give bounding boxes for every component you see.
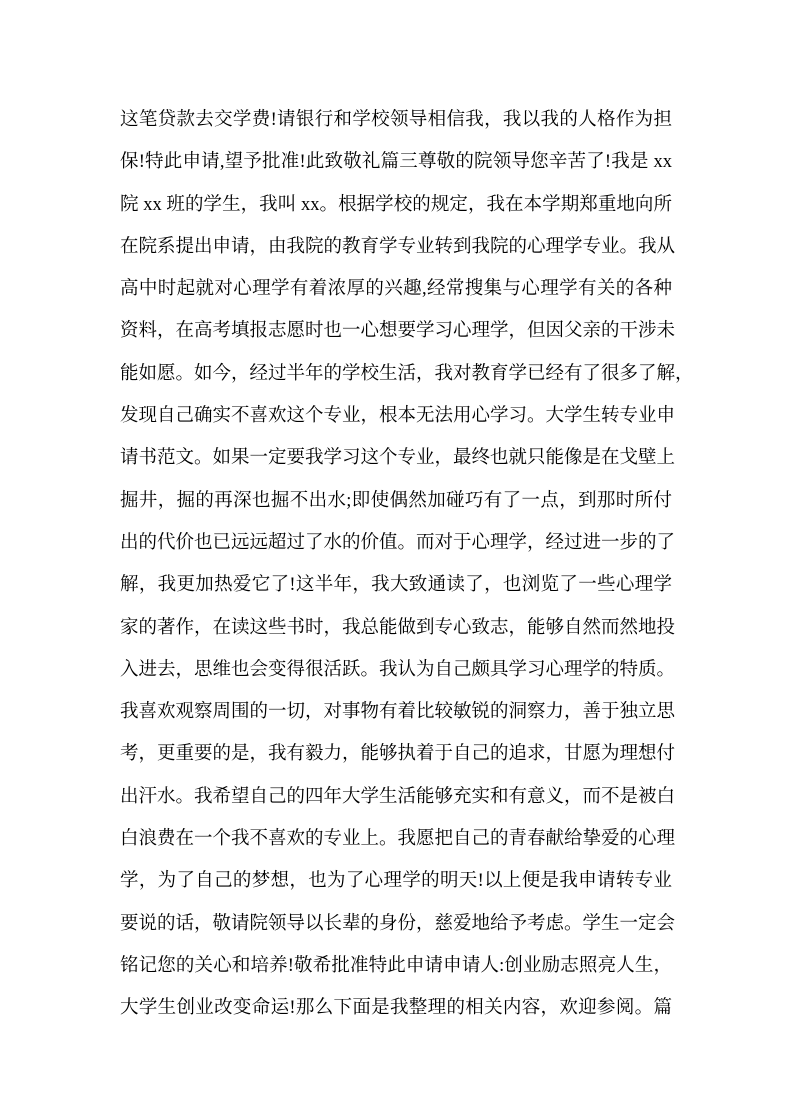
text-line: 掘井，掘的再深也掘不出水;即使偶然加碰巧有了一点，到那时所付 [120,480,672,522]
document-page: 这笔贷款去交学费!请银行和学校领导相信我，我以我的人格作为担保!特此申请,望予批… [0,0,792,1120]
document-text-block: 这笔贷款去交学费!请银行和学校领导相信我，我以我的人格作为担保!特此申请,望予批… [120,99,672,1030]
text-line: 请书范文。如果一定要我学习这个专业，最终也就只能像是在戈壁上 [120,437,672,479]
text-line: 能如愿。如今，经过半年的学校生活，我对教育学已经有了很多了解， [120,353,672,395]
text-line: 铭记您的关心和培养!敬希批准特此申请申请人:创业励志照亮人生， [120,945,672,987]
text-line: 解，我更加热爱它了!这半年，我大致通读了，也浏览了一些心理学 [120,564,672,606]
text-line: 资料，在高考填报志愿时也一心想要学习心理学，但因父亲的干涉未 [120,310,672,352]
text-line: 白浪费在一个我不喜欢的专业上。我愿把自己的青春献给挚爱的心理 [120,818,672,860]
text-line: 我喜欢观察周围的一切，对事物有着比较敏锐的洞察力，善于独立思 [120,691,672,733]
text-line: 出的代价也已远远超过了水的价值。而对于心理学，经过进一步的了 [120,522,672,564]
text-line: 考，更重要的是，我有毅力，能够执着于自己的追求，甘愿为理想付 [120,733,672,775]
text-line: 在院系提出申请，由我院的教育学专业转到我院的心理学专业。我从 [120,226,672,268]
text-line: 出汗水。我希望自己的四年大学生活能够充实和有意义，而不是被白 [120,776,672,818]
text-line: 家的著作，在读这些书时，我总能做到专心致志，能够自然而然地投 [120,607,672,649]
text-line: 发现自己确实不喜欢这个专业，根本无法用心学习。大学生转专业申 [120,395,672,437]
text-line: 学，为了自己的梦想，也为了心理学的明天!以上便是我申请转专业 [120,860,672,902]
text-line: 大学生创业改变命运!那么下面是我整理的相关内容，欢迎参阅。篇 [120,987,672,1029]
text-line: 这笔贷款去交学费!请银行和学校领导相信我，我以我的人格作为担 [120,99,672,141]
text-line: 院 xx 班的学生，我叫 xx。根据学校的规定，我在本学期郑重地向所 [120,184,672,226]
text-line: 入进去，思维也会变得很活跃。我认为自己颇具学习心理学的特质。 [120,649,672,691]
text-line: 保!特此申请,望予批准!此致敬礼篇三尊敬的院领导您辛苦了!我是 xx [120,141,672,183]
text-line: 高中时起就对心理学有着浓厚的兴趣,经常搜集与心理学有关的各种 [120,268,672,310]
text-line: 要说的话，敬请院领导以长辈的身份，慈爱地给予考虑。学生一定会 [120,903,672,945]
